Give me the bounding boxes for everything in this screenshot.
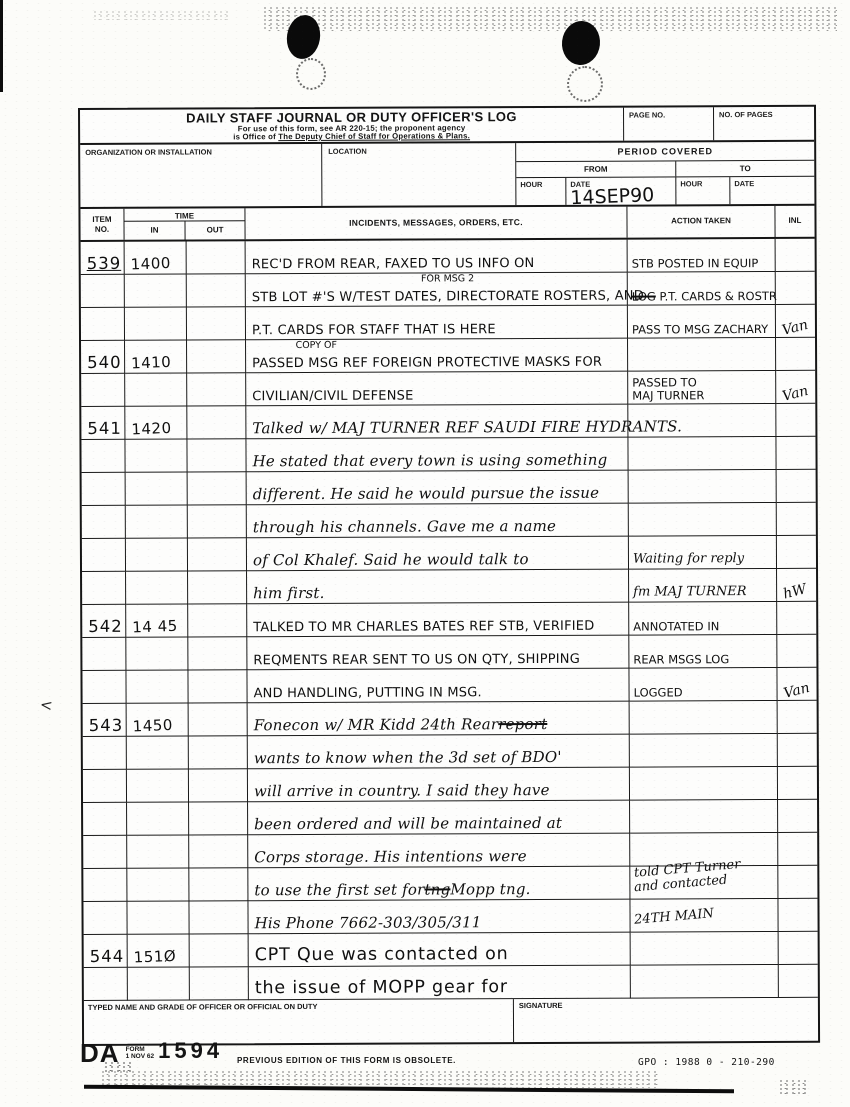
item-no-cell xyxy=(82,671,126,704)
handwritten-text: P.T. CARDS FOR STAFF THAT IS HERE xyxy=(252,322,496,338)
item-number: 540 xyxy=(87,353,122,372)
obsolete-note: PREVIOUS EDITION OF THIS FORM IS OBSOLET… xyxy=(237,1056,456,1065)
time-out-cell xyxy=(189,901,248,934)
action-line: LOGGED xyxy=(634,686,683,699)
time-out-cell xyxy=(187,406,246,439)
handwritten-text: LOG xyxy=(632,289,656,303)
item-no-cell xyxy=(83,803,127,836)
item-no-cell xyxy=(81,440,125,473)
time-in-value: 1410 xyxy=(131,353,172,373)
inl-cell xyxy=(778,899,817,932)
item-number: 544 xyxy=(90,947,125,966)
action-taken-cell: ANNOTATED IN xyxy=(629,602,777,636)
item-number: 539 xyxy=(87,254,122,273)
handwritten-text: REC'D FROM REAR, FAXED TO US INFO ON xyxy=(252,256,535,272)
initials-scribble: Van xyxy=(782,680,811,702)
action-line: MAJ TURNER xyxy=(632,389,704,403)
incident-cell: He stated that every town is using somet… xyxy=(246,438,628,473)
handwritten-text: LOGGED xyxy=(634,685,683,699)
item-no-cell: 543 xyxy=(83,704,127,737)
org-band: ORGANIZATION OR INSTALLATION LOCATION PE… xyxy=(80,142,814,209)
inl-cell xyxy=(778,767,817,800)
time-out-cell xyxy=(188,505,247,538)
handwritten-text: him first. xyxy=(253,584,325,602)
time-in-cell: 1420 xyxy=(125,407,187,440)
form-subtitle-line2: is Office of The Deputy Chief of Staff f… xyxy=(80,131,623,142)
inl-cell xyxy=(778,800,817,833)
time-out-cell xyxy=(190,934,249,967)
handwritten-text: to use the first set for xyxy=(254,880,424,899)
handwritten-text: fm MAJ TURNER xyxy=(633,584,746,599)
hour-date-row: HOUR DATE 14SEP90 HOUR DATE xyxy=(516,177,814,205)
scan-edge-bar xyxy=(0,0,3,92)
item-no-cell xyxy=(83,902,127,935)
time-in-cell xyxy=(127,836,189,869)
initials-scribble: Van xyxy=(780,317,809,339)
time-out-cell xyxy=(189,736,248,769)
hole-ring-left xyxy=(296,58,326,90)
time-out-cell xyxy=(189,868,248,901)
action-line: fm MAJ TURNER xyxy=(633,585,746,600)
log-table-body: 5391400REC'D FROM REAR, FAXED TO US INFO… xyxy=(81,239,818,1001)
incident-cell: him first. xyxy=(247,570,629,605)
time-in-cell: 1410 xyxy=(125,341,187,374)
incident-cell: REQMENTS REAR SENT TO US ON QTY, SHIPPIN… xyxy=(247,636,629,671)
time-in-value: 1420 xyxy=(131,419,172,439)
time-out-cell xyxy=(188,670,247,703)
form-date: 1 NOV 62 xyxy=(126,1053,155,1060)
time-in-cell xyxy=(126,473,188,506)
to-hour-cell: HOUR xyxy=(676,177,730,204)
time-out-cell xyxy=(188,571,247,604)
margin-check-mark: < xyxy=(39,695,54,715)
form-subtitle-line2-pre: is Office of xyxy=(233,132,278,141)
handwritten-text: report xyxy=(498,715,547,733)
interlinear-note: COPY OF xyxy=(296,340,337,351)
action-line: PASS TO MSG ZACHARY xyxy=(632,323,768,337)
incident-cell: been ordered and will be maintained at xyxy=(248,801,630,836)
action-taken-cell xyxy=(630,767,778,801)
signature-cell: SIGNATURE xyxy=(514,998,818,1042)
handwritten-text: been ordered and will be maintained at xyxy=(254,814,562,833)
item-no-cell xyxy=(81,308,125,341)
scan-noise-top xyxy=(262,6,837,31)
incident-cell: the issue of MOPP gear for xyxy=(249,966,631,1001)
incident-cell: COPY OFPASSED MSG REF FOREIGN PROTECTIVE… xyxy=(246,339,628,374)
time-out-cell xyxy=(187,340,246,373)
time-in-cell xyxy=(126,506,188,539)
inl-cell: hW xyxy=(777,569,816,602)
handwritten-text: CIVILIAN/CIVIL DEFENSE xyxy=(252,389,413,405)
time-out-cell xyxy=(187,373,246,406)
handwritten-text: Talked w/ MAJ TURNER REF SAUDI FIRE HYDR… xyxy=(252,417,682,437)
time-out-cell xyxy=(188,604,247,637)
incident-cell: TALKED TO MR CHARLES BATES REF STB, VERI… xyxy=(247,603,629,638)
item-no-cell xyxy=(84,968,128,1001)
handwritten-text: His Phone 7662-303/305/311 xyxy=(255,913,482,932)
incident-cell: FOR MSG 2STB LOT #'S W/TEST DATES, DIREC… xyxy=(246,273,628,308)
time-in-cell xyxy=(127,803,189,836)
action-taken-cell xyxy=(628,437,776,471)
da-text: DA xyxy=(80,1040,120,1066)
time-out-cell xyxy=(189,835,248,868)
incident-cell: P.T. CARDS FOR STAFF THAT IS HERE xyxy=(246,306,628,341)
typed-name-cell: TYPED NAME AND GRADE OF OFFICER OR OFFIC… xyxy=(84,999,514,1044)
action-taken-cell xyxy=(631,932,779,966)
handwritten-from-date: 14SEP90 xyxy=(570,184,655,209)
item-header-line2: NO. xyxy=(81,225,124,236)
time-out-header: OUT xyxy=(185,221,244,240)
action-taken-cell xyxy=(629,470,777,504)
action-line: 24TH MAIN xyxy=(634,907,715,929)
item-number: 542 xyxy=(88,617,123,636)
item-no-cell xyxy=(83,737,127,770)
item-no-cell xyxy=(83,869,127,902)
time-out-cell xyxy=(187,274,246,307)
action-taken-cell: REAR MSGS LOG xyxy=(629,635,777,669)
action-line: Waiting for reply xyxy=(633,552,744,567)
incident-cell: CPT Que was contacted on xyxy=(249,933,631,968)
time-in-value: 1400 xyxy=(130,254,171,274)
inl-cell: Van xyxy=(777,668,816,701)
handwritten-text: STB POSTED IN EQUIP xyxy=(632,256,759,271)
item-no-cell xyxy=(81,275,125,308)
action-taken-cell: STB POSTED IN EQUIP xyxy=(628,239,776,273)
inl-cell xyxy=(776,272,815,305)
action-taken-cell: fm MAJ TURNER xyxy=(629,569,777,603)
handwritten-text: CPT Que was contacted on xyxy=(255,944,509,965)
time-in-cell xyxy=(126,671,188,704)
incident-cell: through his channels. Gave me a name xyxy=(247,504,629,539)
handwritten-text: Fonecon w/ MR Kidd 24th Rear xyxy=(254,715,499,734)
incident-cell: REC'D FROM REAR, FAXED TO US INFO ON xyxy=(246,240,628,275)
action-taken-cell: 24TH MAIN xyxy=(630,899,778,933)
item-no-cell: 544 xyxy=(84,935,128,968)
inl-cell xyxy=(777,536,816,569)
time-out-cell xyxy=(188,472,247,505)
from-label: FROM xyxy=(516,161,676,177)
incident-cell: will arrive in country. I said they have xyxy=(248,768,630,803)
incident-cell: to use the first set for tng Mopp tng. xyxy=(248,867,630,902)
time-in-cell: 151Ø xyxy=(128,935,190,968)
time-in-cell xyxy=(127,902,189,935)
item-no-cell xyxy=(81,374,125,407)
handwritten-text: AND HANDLING, PUTTING IN MSG. xyxy=(254,685,482,701)
item-no-cell xyxy=(82,572,126,605)
to-date-cell: DATE xyxy=(730,177,814,204)
time-in-cell xyxy=(126,539,188,572)
handwritten-text: PASSED MSG REF FOREIGN PROTECTIVE MASKS … xyxy=(252,355,602,372)
handwritten-text: 24TH MAIN xyxy=(634,906,715,928)
from-date-cell: DATE 14SEP90 xyxy=(566,177,676,204)
organization-cell: ORGANIZATION OR INSTALLATION xyxy=(80,144,322,207)
form-edition: FORM 1 NOV 62 xyxy=(126,1046,155,1061)
item-number: 543 xyxy=(89,716,124,735)
inl-cell xyxy=(779,932,818,965)
time-in-cell xyxy=(126,572,188,605)
action-taken-cell: told CPT Turnerand contacted xyxy=(630,866,778,900)
inl-cell xyxy=(776,338,815,371)
action-taken-cell xyxy=(630,701,778,735)
gpo-note: GPO : 1988 0 - 210-290 xyxy=(638,1057,775,1068)
inl-cell xyxy=(777,602,816,635)
time-in-cell xyxy=(127,737,189,770)
period-covered-label: PERIOD COVERED xyxy=(516,142,814,162)
form-title-cell: DAILY STAFF JOURNAL OR DUTY OFFICER'S LO… xyxy=(80,108,624,143)
time-in-cell xyxy=(126,638,188,671)
handwritten-text: REQMENTS REAR SENT TO US ON QTY, SHIPPIN… xyxy=(253,652,580,668)
inl-cell xyxy=(779,965,818,998)
interlinear-note: FOR MSG 2 xyxy=(421,273,474,284)
no-of-pages-cell: NO. OF PAGES xyxy=(714,107,814,140)
inl-cell xyxy=(778,866,817,899)
from-hour-cell: HOUR xyxy=(516,178,566,205)
inl-cell xyxy=(777,635,816,668)
item-number: 541 xyxy=(87,419,122,438)
form-number: 1594 xyxy=(158,1040,223,1062)
scan-noise-bottom-right xyxy=(778,1079,810,1095)
time-in-cell xyxy=(125,440,187,473)
item-header-line1: ITEM xyxy=(80,215,123,226)
item-no-header: ITEM NO. xyxy=(80,209,124,240)
inl-cell xyxy=(776,239,815,272)
item-no-cell xyxy=(82,539,126,572)
action-taken-cell: LOGGED xyxy=(629,668,777,702)
incidents-header: INCIDENTS, MESSAGES, ORDERS, ETC. xyxy=(245,207,627,240)
action-taken-cell: PASS TO MSG ZACHARY xyxy=(628,305,776,339)
time-in-value: 151Ø xyxy=(133,947,176,967)
incident-cell: Corps storage. His intentions were xyxy=(248,834,630,869)
handwritten-text: MAJ TURNER xyxy=(632,388,704,402)
incident-cell: His Phone 7662-303/305/311 xyxy=(248,900,630,935)
action-line: ANNOTATED IN xyxy=(633,620,719,634)
item-no-cell xyxy=(82,473,126,506)
handwritten-text: the issue of MOPP gear for xyxy=(255,977,508,998)
hole-ring-right xyxy=(567,66,603,102)
incident-cell: AND HANDLING, PUTTING IN MSG. xyxy=(247,669,629,704)
time-in-cell: 1400 xyxy=(125,242,187,275)
action-taken-header: ACTION TAKEN xyxy=(627,206,775,238)
time-in-cell xyxy=(127,770,189,803)
form-number-line: DA FORM 1 NOV 62 1594 xyxy=(80,1040,223,1066)
item-no-cell: 542 xyxy=(82,605,126,638)
action-line: STB POSTED IN EQUIP xyxy=(632,257,759,271)
incident-cell: Fonecon w/ MR Kidd 24th Rear report xyxy=(248,702,630,737)
handwritten-text: through his channels. Gave me a name xyxy=(253,517,556,536)
action-taken-cell xyxy=(629,503,777,537)
inl-cell xyxy=(777,470,816,503)
item-no-cell xyxy=(83,770,127,803)
action-taken-cell xyxy=(630,800,778,834)
inl-cell xyxy=(778,734,817,767)
time-in-cell xyxy=(125,374,187,407)
action-taken-cell xyxy=(628,404,776,438)
handwritten-text: TALKED TO MR CHARLES BATES REF STB, VERI… xyxy=(253,619,594,635)
handwritten-text: Waiting for reply xyxy=(633,551,744,566)
incident-cell: wants to know when the 3d set of BDO' xyxy=(248,735,630,770)
action-taken-cell xyxy=(631,965,779,999)
time-in-cell xyxy=(128,968,190,1001)
handwritten-text: He stated that every town is using somet… xyxy=(253,451,608,471)
time-in-cell xyxy=(125,275,187,308)
time-in-value: 14 45 xyxy=(132,617,178,637)
time-out-cell xyxy=(189,769,248,802)
time-in-cell: 1450 xyxy=(127,704,189,737)
incident-cell: Talked w/ MAJ TURNER REF SAUDI FIRE HYDR… xyxy=(246,405,628,440)
time-in-cell xyxy=(127,869,189,902)
handwritten-text: STB LOT #'S W/TEST DATES, DIRECTORATE RO… xyxy=(252,289,644,306)
time-out-cell xyxy=(187,439,246,472)
form-subtitle-line2-underline: The Deputy Chief of Staff for Operations… xyxy=(278,131,470,141)
action-taken-cell xyxy=(628,338,776,372)
log-table-header: ITEM NO. TIME IN OUT INCIDENTS, MESSAGES… xyxy=(80,206,814,242)
handwritten-text: REAR MSGS LOG xyxy=(633,652,729,666)
handwritten-text: PASSED TO xyxy=(632,375,697,389)
time-out-cell xyxy=(188,538,247,571)
incident-cell: CIVILIAN/CIVIL DEFENSE xyxy=(246,372,628,407)
item-no-cell: 539 xyxy=(81,242,125,275)
handwritten-text: P.T. CARDS & ROSTR xyxy=(656,289,777,304)
from-to-row: FROM TO xyxy=(516,161,814,178)
action-taken-cell: PASSED TOMAJ TURNER xyxy=(628,371,776,405)
incident-cell: different. He said he would pursue the i… xyxy=(247,471,629,506)
time-in-cell xyxy=(125,308,187,341)
incident-cell: of Col Khalef. Said he would talk to xyxy=(247,537,629,572)
time-out-cell xyxy=(190,967,249,1000)
time-header: TIME IN OUT xyxy=(124,208,245,240)
location-cell: LOCATION xyxy=(322,143,516,206)
inl-header: INL xyxy=(775,206,814,237)
period-covered-cell: PERIOD COVERED FROM TO HOUR DATE 14SEP90… xyxy=(516,142,814,205)
time-header-label: TIME xyxy=(124,208,244,222)
time-in-cell: 14 45 xyxy=(126,605,188,638)
time-out-cell xyxy=(187,307,246,340)
inl-cell xyxy=(776,437,815,470)
form-word: FORM xyxy=(126,1046,145,1053)
handwritten-text: wants to know when the 3d set of BDO' xyxy=(254,748,562,767)
item-no-cell: 541 xyxy=(81,407,125,440)
page-no-cell: PAGE NO. xyxy=(624,107,714,140)
da-form-1594: DAILY STAFF JOURNAL OR DUTY OFFICER'S LO… xyxy=(78,105,820,1046)
inl-cell xyxy=(778,701,817,734)
action-line: REAR MSGS LOG xyxy=(633,653,729,667)
handwritten-text: different. He said he would pursue the i… xyxy=(253,484,600,504)
time-out-cell xyxy=(189,703,248,736)
time-out-cell xyxy=(188,637,247,670)
inl-cell xyxy=(778,833,817,866)
handwritten-text: of Col Khalef. Said he would talk to xyxy=(253,550,529,569)
inl-cell: Van xyxy=(776,371,815,404)
time-in-value: 1450 xyxy=(132,716,173,736)
time-out-cell xyxy=(187,241,246,274)
handwritten-text: ANNOTATED IN xyxy=(633,619,719,633)
action-taken-cell: LOG P.T. CARDS & ROSTR xyxy=(628,272,776,306)
action-taken-cell: Waiting for reply xyxy=(629,536,777,570)
to-label: TO xyxy=(676,161,814,177)
action-taken-cell xyxy=(630,734,778,768)
initials-scribble: Van xyxy=(781,383,810,405)
inl-cell: Van xyxy=(776,305,815,338)
item-no-cell xyxy=(82,506,126,539)
form-title-band: DAILY STAFF JOURNAL OR DUTY OFFICER'S LO… xyxy=(80,107,814,145)
handwritten-text: will arrive in country. I said they have xyxy=(254,781,550,800)
item-no-cell xyxy=(83,836,127,869)
inl-cell xyxy=(776,404,815,437)
scan-noise-top-left xyxy=(92,10,232,20)
time-in-header: IN xyxy=(124,222,185,241)
item-no-cell xyxy=(82,638,126,671)
inl-cell xyxy=(777,503,816,536)
action-line: LOG P.T. CARDS & ROSTR xyxy=(632,290,777,304)
handwritten-text: tng xyxy=(424,880,450,898)
item-no-cell: 540 xyxy=(81,341,125,374)
handwritten-text: Mopp tng. xyxy=(450,880,530,898)
time-out-cell xyxy=(189,802,248,835)
scanned-page: < DAILY STAFF JOURNAL OR DUTY OFFICER'S … xyxy=(0,0,850,1107)
handwritten-text: Corps storage. His intentions were xyxy=(254,847,527,866)
initials-scribble: hW xyxy=(782,581,809,602)
handwritten-text: PASS TO MSG ZACHARY xyxy=(632,322,768,337)
